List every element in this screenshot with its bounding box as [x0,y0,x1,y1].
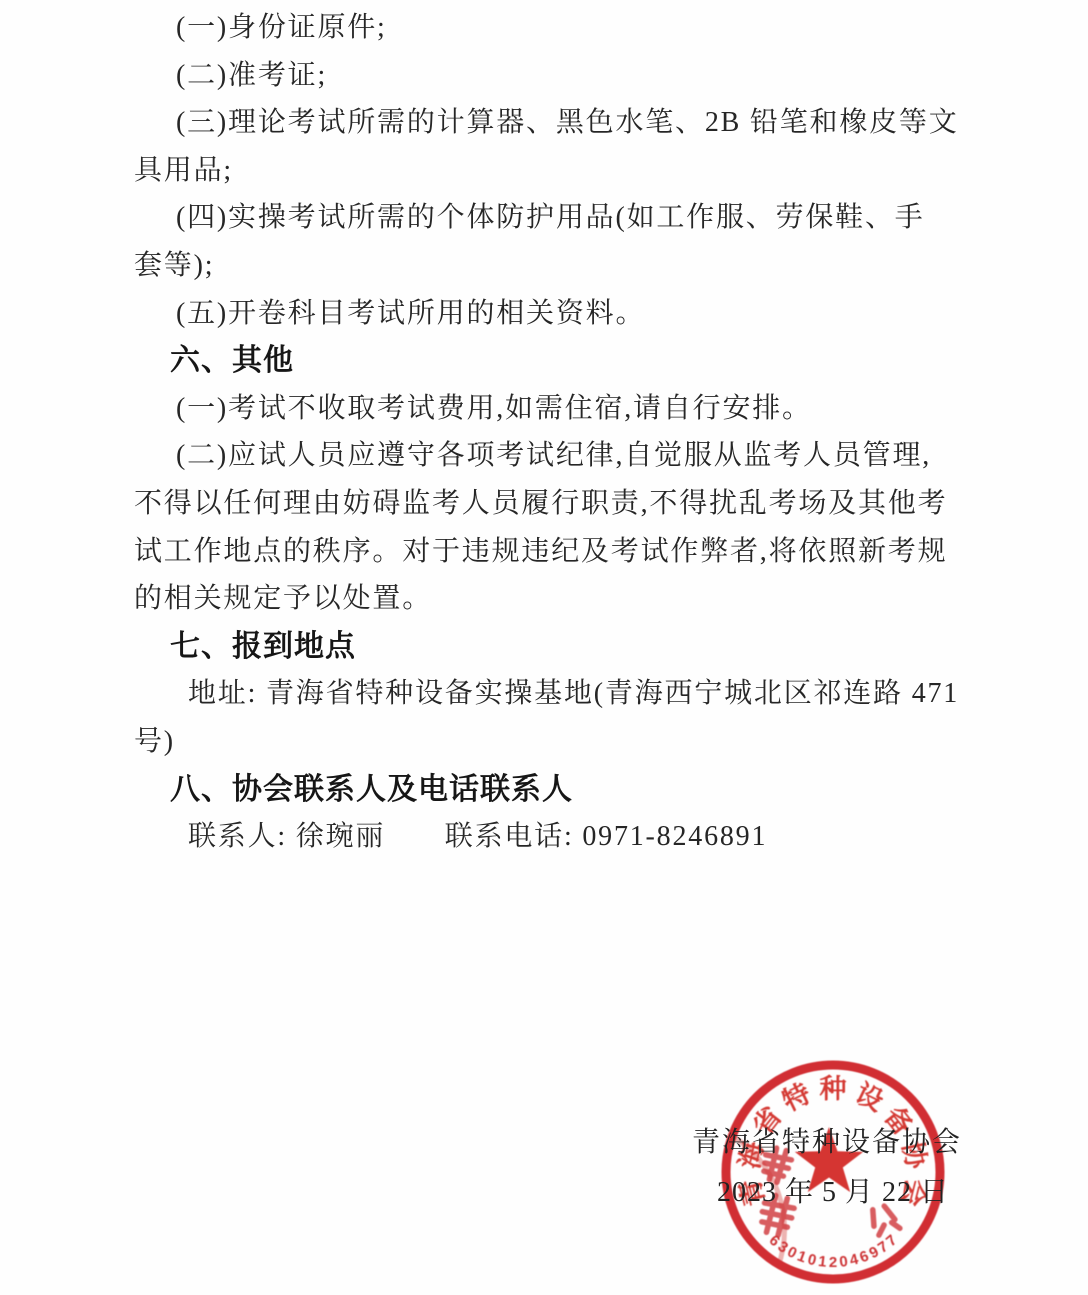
doc-line-discipline-cont3: 的相关规定予以处置。 [134,575,964,623]
doc-line-id-original: (一)身份证原件; [134,4,964,52]
doc-line-no-fee: (一)考试不收取考试费用,如需住宿,请自行安排。 [134,385,964,433]
doc-line-admission-ticket: (二)准考证; [134,52,964,100]
doc-line-address-cont: 号) [134,718,964,766]
doc-line-discipline-cont2: 试工作地点的秩序。对于违规违纪及考试作弊者,将依照新考规 [134,528,964,576]
signature-date: 2023 年 5 月 22 日 [717,1170,949,1210]
doc-line-supplies-cont: 具用品; [134,147,964,195]
doc-line-discipline: (二)应试人员应遵守各项考试纪律,自觉服从监考人员管理, [134,432,964,480]
doc-line-theory-supplies: (三)理论考试所需的计算器、黑色水笔、2B 铅笔和橡皮等文 [134,99,964,147]
section-heading-eight-contacts: 八、协会联系人及电话联系人 [134,766,964,814]
doc-line-discipline-cont1: 不得以任何理由妨碍监考人员履行职责,不得扰乱考场及其他考 [134,480,964,528]
doc-line-ppe-cont: 套等); [134,242,964,290]
scanned-notice-page: (一)身份证原件; (二)准考证; (三)理论考试所需的计算器、黑色水笔、2B … [0,0,1088,1295]
section-heading-seven-checkin: 七、报到地点 [134,623,964,671]
signature-organization: 青海省特种设备协会 [692,1120,962,1160]
doc-line-address: 地址: 青海省特种设备实操基地(青海西宁城北区祁连路 471 [134,670,964,718]
doc-line-contact-info: 联系人: 徐琬丽 联系电话: 0971-8246891 [134,813,964,861]
doc-line-open-book: (五)开卷科目考试所用的相关资料。 [134,290,964,338]
document-body: (一)身份证原件; (二)准考证; (三)理论考试所需的计算器、黑色水笔、2B … [134,4,964,861]
section-heading-six-other: 六、其他 [134,337,964,385]
doc-line-ppe: (四)实操考试所需的个体防护用品(如工作服、劳保鞋、手 [134,194,964,242]
